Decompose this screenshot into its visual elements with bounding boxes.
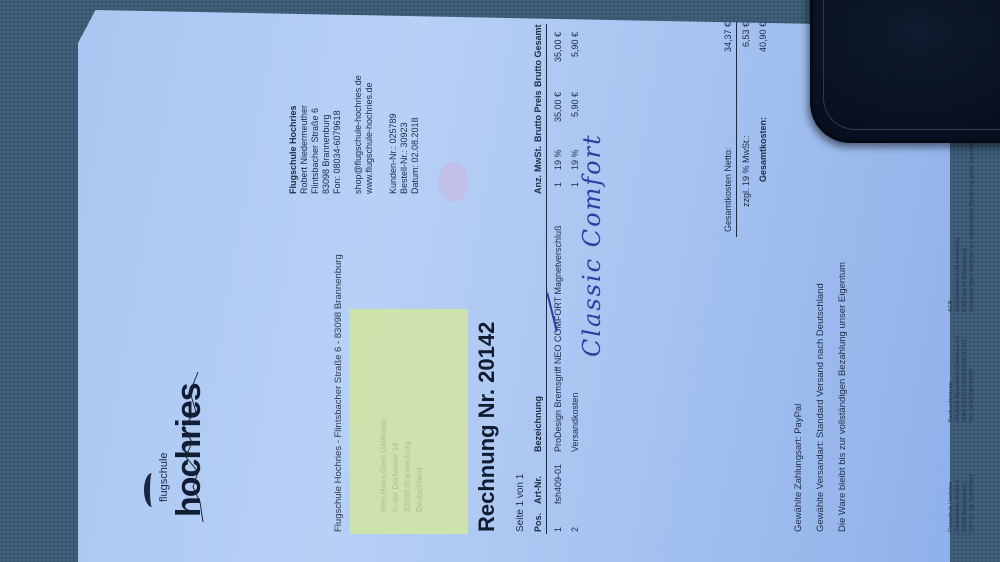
row1-total: 35,00 € — [553, 32, 563, 62]
gross-total-value: 40,90 € — [758, 22, 768, 52]
footer-line: Flintsbacher Straße 6 — [955, 474, 962, 532]
footer-line: BIC GENODEF1VRR — [969, 335, 976, 422]
col-header-desc: Bezeichnung — [533, 396, 543, 452]
footer-line: 83098 Brannenburg — [962, 474, 969, 532]
company-website: www.flugschule-hochries.de — [364, 75, 375, 194]
company-email: shop@flugschule-hochries.de — [353, 75, 364, 194]
col-header-pos: Pos. — [533, 513, 543, 532]
col-header-vat: MwSt. — [533, 146, 543, 172]
mountain-line-icon — [178, 372, 208, 522]
footer-line: Gelieferte Ware bleibt bis zur vollständ… — [969, 140, 976, 312]
recipient-line: Deutschland — [414, 419, 426, 512]
footer-line: AGB — [948, 140, 955, 312]
company-contact: shop@flugschule-hochries.de www.flugschu… — [353, 75, 375, 194]
sender-address-line: Flugschule Hochries - Flintsbacher Straß… — [333, 254, 344, 532]
footer-line: Flugschule Hochries — [948, 474, 955, 532]
invoice-title: Rechnung Nr. 20142 — [474, 322, 500, 532]
company-name: Flugschule Hochries — [288, 105, 298, 194]
recipient-address-redacted: Herr Hans-Gerd Gallmann In der Dorfwiese… — [378, 419, 426, 512]
company-line: 83098 Brannenburg — [321, 105, 332, 194]
footer-line: Gerichtsstand ist Brannenburg — [955, 140, 962, 312]
row2-total: 5,90 € — [570, 32, 580, 57]
footer-line: VR Bank Rosenheim-Chiemsee eG — [955, 335, 962, 422]
company-line: Robert Niedermeuther — [299, 105, 310, 194]
order-number: Bestell-Nr.: 30923 — [399, 113, 410, 194]
recipient-line: In der Dorfwiese 14 — [390, 419, 402, 512]
ownership-note: Die Ware bleibt bis zur vollständigen Be… — [837, 262, 848, 532]
footer-line: IBAN DE41711600000008747647 — [962, 335, 969, 422]
footer-line: Erfüllungsort Brannenburg — [962, 140, 969, 312]
footer-line: Bankverbindung — [948, 335, 955, 422]
page-number: Seite 1 von 1 — [515, 474, 526, 532]
recipient-line: Herr Hans-Gerd Gallmann — [378, 419, 390, 512]
row1-vat: 19 % — [553, 149, 563, 170]
row1-pos: 1 — [553, 527, 563, 532]
row1-art: fsh409-01 — [553, 464, 563, 504]
row1-qty: 1 — [553, 182, 563, 187]
col-header-price: Brutto Preis — [533, 90, 543, 142]
pink-stain — [438, 162, 468, 202]
net-total-value: 34,37 € — [723, 22, 733, 52]
footer-bank: Bankverbindung VR Bank Rosenheim-Chiemse… — [948, 335, 976, 422]
row1-desc: ProDesign Bremsgriff NEO COMFORT Magnetv… — [553, 225, 563, 452]
footer-line: UST-ID: DE 815479644 — [969, 474, 976, 532]
totals-rule — [736, 22, 737, 237]
recipient-line: 83098 Brannenburg — [402, 419, 414, 512]
company-line: Flintsbacher Straße 6 — [310, 105, 321, 194]
logo-text-small: flugschule — [158, 452, 170, 502]
vat-value: 6,53 € — [741, 22, 751, 47]
company-phone: Fon: 08034-6079618 — [332, 105, 343, 194]
company-address: Flugschule Hochries Robert Niedermeuther… — [288, 105, 343, 194]
table-header-rule — [546, 24, 547, 534]
invoice-meta: Kunden-Nr.: 025789 Bestell-Nr.: 30923 Da… — [388, 113, 421, 194]
row1-price: 35,00 € — [553, 92, 563, 122]
shipping-method: Gewählte Versandart: Standard Versand na… — [815, 283, 826, 532]
net-total-label: Gesamtkosten Netto: — [723, 147, 733, 232]
footer-company: Flugschule Hochries Flintsbacher Straße … — [948, 474, 976, 532]
col-header-art: Art-Nr. — [533, 476, 543, 504]
gross-total-label: Gesamtkosten: — [758, 117, 768, 182]
footer-terms: AGB Gerichtsstand ist Brannenburg Erfüll… — [948, 140, 976, 312]
payment-method: Gewählte Zahlungsart: PayPal — [793, 404, 804, 532]
customer-number: Kunden-Nr.: 025789 — [388, 113, 399, 194]
leather-folder — [810, 0, 1000, 143]
invoice-date: Datum: 02.08.2018 — [410, 113, 421, 194]
vat-label: zzgl. 19 % MwSt.: — [741, 135, 751, 207]
handwritten-note: Classic Comfort — [578, 133, 606, 357]
row2-price: 5,90 € — [570, 92, 580, 117]
col-header-qty: Anz. — [533, 175, 543, 194]
col-header-total: Brutto Gesamt — [533, 24, 543, 87]
row2-pos: 2 — [570, 527, 580, 532]
row2-desc: Versandkosten — [570, 392, 580, 452]
